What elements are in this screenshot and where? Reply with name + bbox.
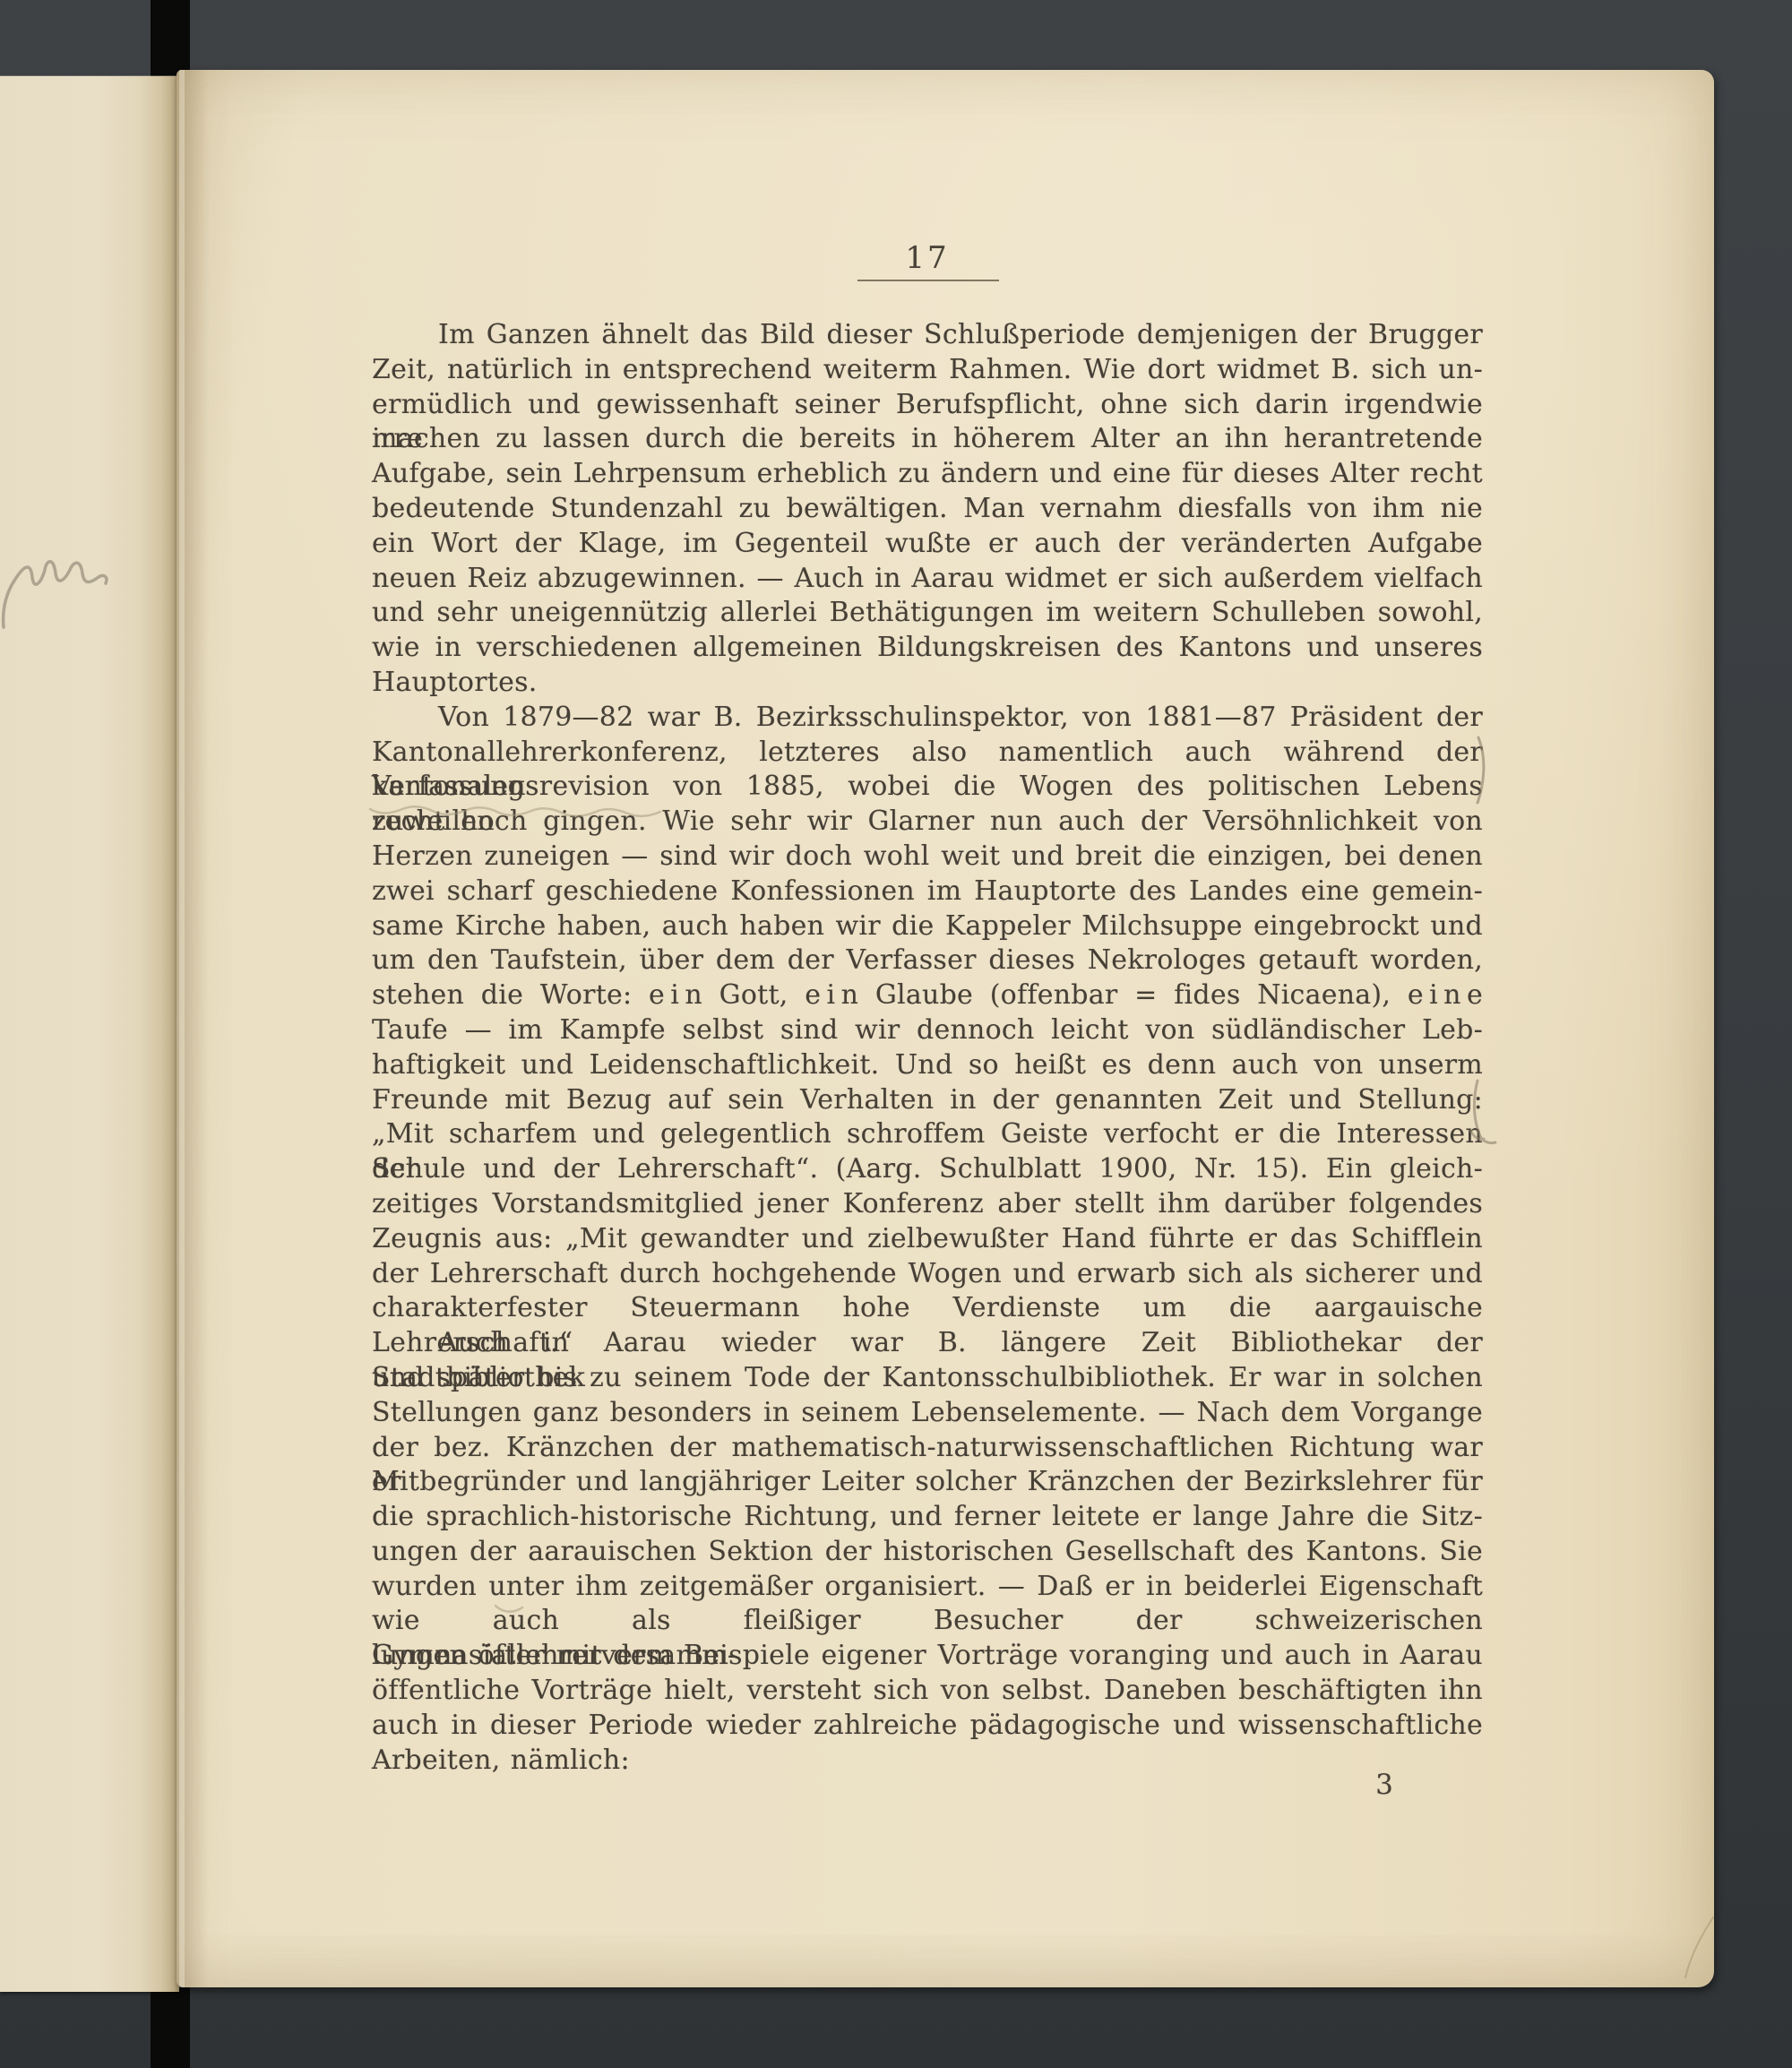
text-line: um den Taufstein, über dem der Verfasser… <box>372 944 1483 978</box>
text-line: Arbeiten, nämlich: <box>372 1744 1483 1779</box>
text-line: charakterfester Steuermann hohe Verdiens… <box>372 1291 1483 1326</box>
text-line: lungen öfter mit dem Beispiele eigener V… <box>372 1639 1483 1674</box>
text-line: „Mit scharfem und gelegentlich schroffem… <box>372 1117 1483 1152</box>
text-line: der Lehrerschaft durch hochgehende Wogen… <box>372 1257 1483 1292</box>
text-line: ein Wort der Klage, im Gegenteil wußte e… <box>372 527 1483 562</box>
text-line: Stellungen ganz besonders in seinem Lebe… <box>372 1396 1483 1431</box>
text-line: Von 1879—82 war B. Bezirksschulinspektor… <box>372 701 1483 736</box>
text-line: neuen Reiz abzugewinnen. — Auch in Aarau… <box>372 562 1483 597</box>
text-line: Herzen zuneigen — sind wir doch wohl wei… <box>372 840 1483 875</box>
text-line: Auch in Aarau wieder war B. längere Zeit… <box>372 1326 1483 1361</box>
text-line: zeitiges Vorstandsmitglied jener Konfere… <box>372 1187 1483 1222</box>
facing-page-edge <box>0 76 179 1992</box>
text-line: Verfassungsrevision von 1885, wobei die … <box>372 770 1483 805</box>
text-line: ungen der aarauischen Sektion der histor… <box>372 1535 1483 1570</box>
text-line: Taufe — im Kampfe selbst sind wir dennoc… <box>372 1013 1483 1048</box>
text-line: machen zu lassen durch die bereits in hö… <box>372 422 1483 457</box>
scan-background: 17 Im Ganzen ähnelt das Bild dieser Schl… <box>0 0 1792 2068</box>
text-line: wurden unter ihm zeitgemäßer organisiert… <box>372 1570 1483 1605</box>
text-line: zwei scharf geschiedene Konfessionen im … <box>372 875 1483 909</box>
text-line: die sprachlich-historische Richtung, und… <box>372 1500 1483 1535</box>
text-line: Im Ganzen ähnelt das Bild dieser Schlußp… <box>372 318 1483 353</box>
text-line: Freunde mit Bezug auf sein Verhalten in … <box>372 1083 1483 1118</box>
text-line: Hauptortes. <box>372 666 1483 701</box>
signature-mark: 3 <box>1366 1769 1402 1801</box>
text-line: haftigkeit und Leidenschaftlichkeit. Und… <box>372 1048 1483 1083</box>
text-line: recht hoch gingen. Wie sehr wir Glarner … <box>372 805 1483 840</box>
text-line: wie auch als fleißiger Besucher der schw… <box>372 1604 1483 1639</box>
text-line: stehen die Worte: e i n Gott, e i n Glau… <box>372 978 1483 1013</box>
text-line: auch in dieser Periode wieder zahlreiche… <box>372 1709 1483 1744</box>
book-page: 17 Im Ganzen ähnelt das Bild dieser Schl… <box>177 70 1714 1987</box>
text-line: ermüdlich und gewissenhaft seiner Berufs… <box>372 388 1483 423</box>
text-line: öffentliche Vorträge hielt, versteht sic… <box>372 1674 1483 1709</box>
text-line: Zeit, natürlich in entsprechend weiterm … <box>372 353 1483 388</box>
text-line: der bez. Kränzchen der mathematisch-natu… <box>372 1431 1483 1466</box>
text-line: Mitbegründer und langjähriger Leiter sol… <box>372 1465 1483 1500</box>
text-line: same Kirche haben, auch haben wir die Ka… <box>372 909 1483 944</box>
text-line: und sehr uneigennützig allerlei Bethätig… <box>372 596 1483 631</box>
text-line: Kantonallehrerkonferenz, letzteres also … <box>372 736 1483 771</box>
text-line: und später bis zu seinem Tode der Kanton… <box>372 1361 1483 1396</box>
text-line: Zeugnis aus: „Mit gewandter und zielbewu… <box>372 1222 1483 1257</box>
text-line: bedeutende Stundenzahl zu bewältigen. Ma… <box>372 492 1483 527</box>
text-line: Aufgabe, sein Lehrpensum erheblich zu än… <box>372 457 1483 492</box>
page-number-rule <box>857 280 999 281</box>
text-line: Schule und der Lehrerschaft“. (Aarg. Sch… <box>372 1152 1483 1187</box>
body-text: Im Ganzen ähnelt das Bild dieser Schlußp… <box>372 318 1483 1778</box>
text-line: wie in verschiedenen allgemeinen Bildung… <box>372 631 1483 666</box>
page-number: 17 <box>372 240 1483 276</box>
